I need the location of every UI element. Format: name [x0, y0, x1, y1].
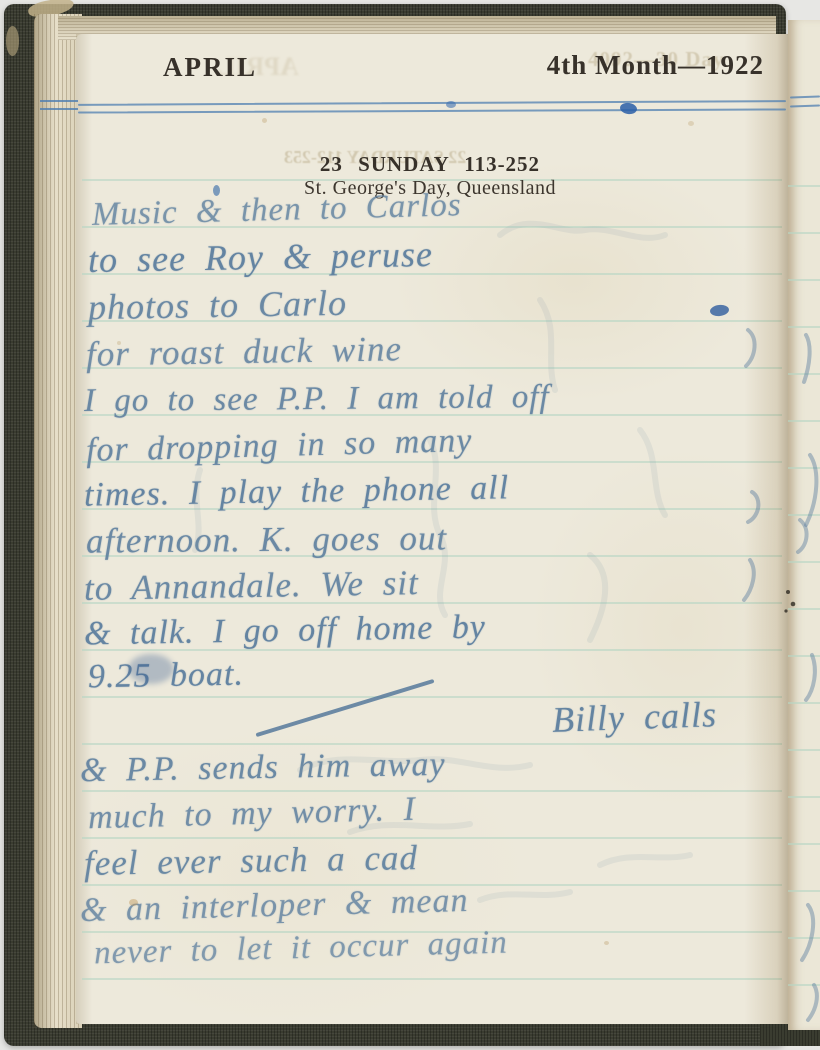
entry-line: & P.P. sends him away — [80, 748, 446, 788]
header-rule-bleed — [40, 100, 78, 112]
page-edge-stack-left — [34, 14, 82, 1028]
entry-line: Billy calls — [551, 696, 717, 738]
ink-drop — [213, 185, 220, 196]
entry-line: afternoon. K. goes out — [86, 520, 447, 558]
foxing-spot — [262, 118, 267, 123]
day-header: 23 SUNDAY 113-252 — [180, 152, 680, 177]
foxing-spot — [604, 941, 609, 945]
entry-line: to Annandale. We sit — [84, 565, 419, 606]
entry-line: much to my worry. I — [88, 793, 417, 836]
cover-frayed-thread — [6, 26, 19, 56]
entry-line: photos to Carlo — [88, 285, 348, 326]
entry-line: times. I play the phone all — [84, 471, 510, 512]
entry-line: & talk. I go off home by — [84, 610, 486, 651]
gutter-shadow — [744, 34, 788, 1024]
foxing-spot — [129, 899, 138, 906]
entry-line: feel ever such a cad — [84, 840, 418, 881]
month-label: APRIL — [163, 52, 257, 83]
entry-line: to see Roy & peruse — [88, 236, 433, 278]
facing-page-ruled-lines — [788, 140, 820, 990]
entry-line: I go to see P.P. I am told off — [84, 381, 550, 418]
entry-line: for roast duck wine — [86, 331, 403, 372]
photo-background: { "page": { "header": { "month": "APRIL"… — [0, 0, 820, 1050]
month-info-label: 4th Month—1922 — [547, 50, 764, 81]
foxing-spot — [117, 341, 121, 345]
ink-blot — [446, 101, 456, 108]
ink-smudge — [128, 654, 174, 684]
foxing-spot — [688, 121, 694, 126]
